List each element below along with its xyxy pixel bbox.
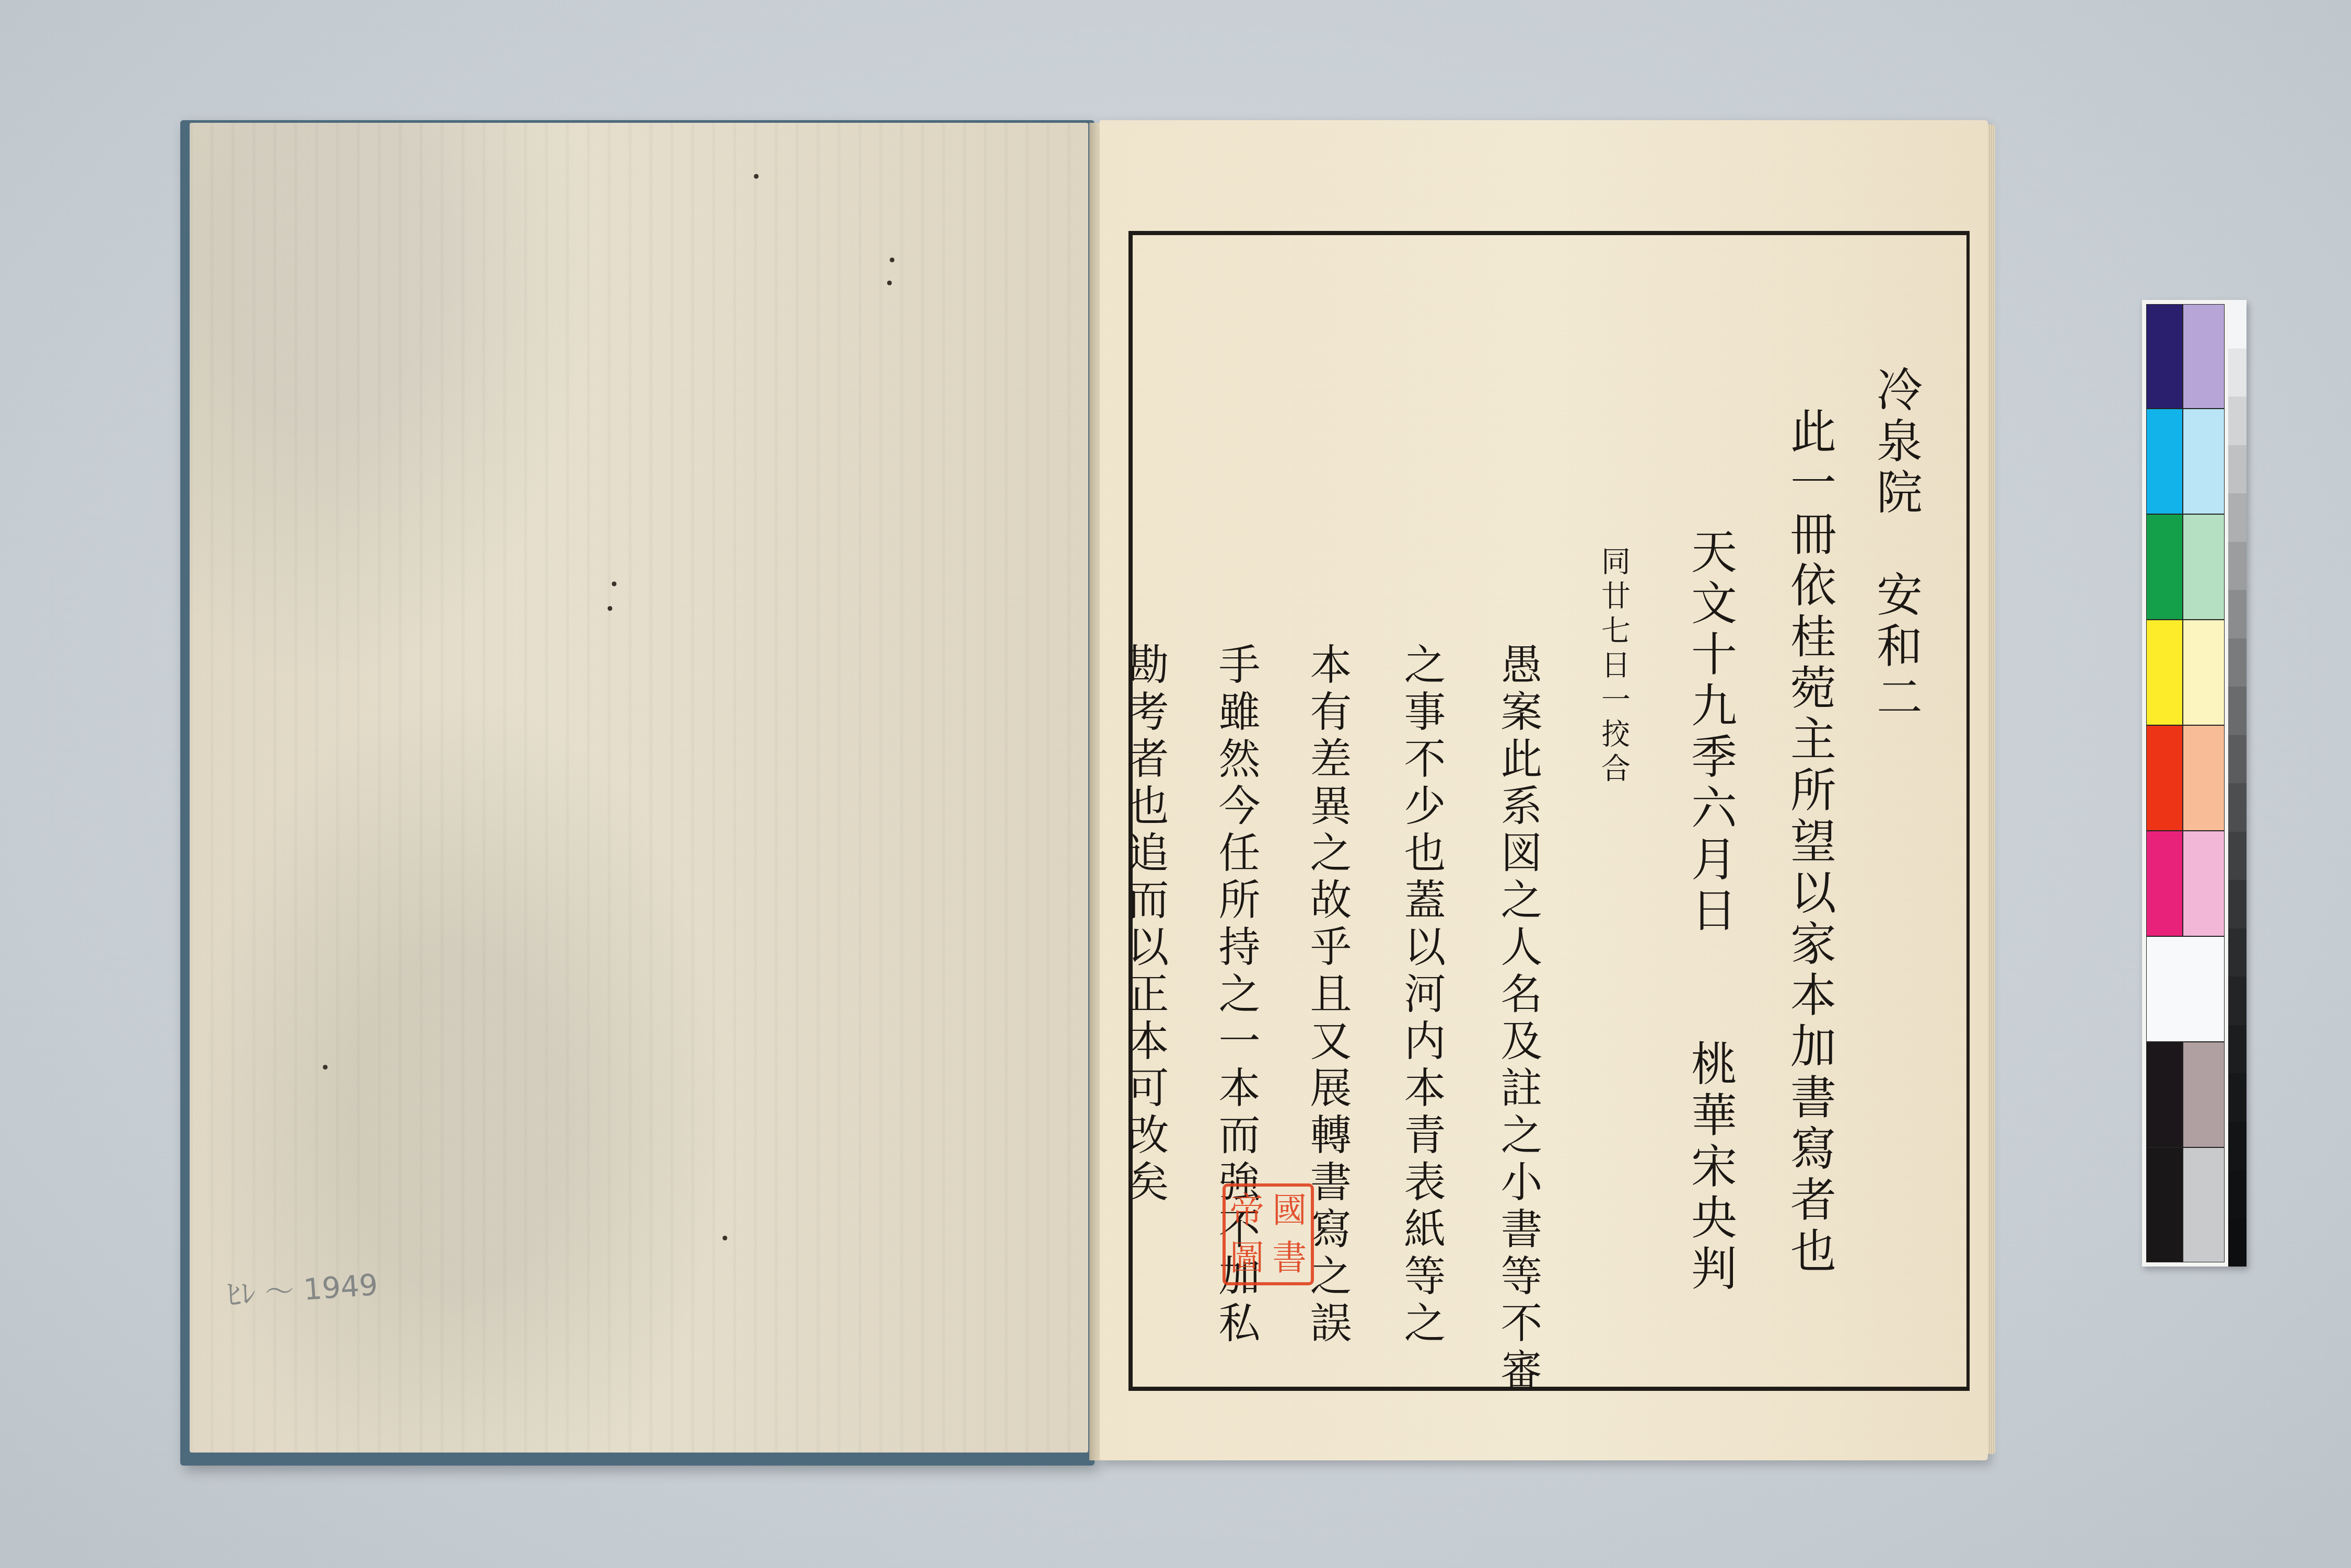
- gray-step: [2228, 1073, 2247, 1122]
- paper-texture: [190, 123, 1088, 1453]
- wormhole-mark: [323, 1065, 328, 1070]
- gray-step: [2228, 735, 2247, 784]
- gray-step: [2228, 590, 2247, 638]
- date-signature-column: 天文十九季六月日 桃華宋央判: [1687, 528, 1733, 1296]
- gray-step: [2228, 1218, 2247, 1267]
- color-patch: [2183, 514, 2225, 620]
- color-patch: [2183, 1147, 2225, 1262]
- color-patch: [2183, 620, 2225, 725]
- color-patch: [2146, 725, 2183, 831]
- book-gutter: [1089, 123, 1100, 1460]
- color-patch: [2146, 1042, 2183, 1147]
- gray-step: [2228, 638, 2247, 687]
- color-patch: [2146, 514, 2183, 620]
- white-patch: [2146, 936, 2225, 1042]
- gray-step: [2228, 977, 2247, 1025]
- color-patch: [2146, 831, 2183, 936]
- wormhole-mark: [754, 174, 759, 179]
- text-column: 勘考者也追而以正本可改矣: [1123, 643, 1165, 1207]
- gray-step: [2228, 300, 2247, 349]
- gray-step: [2228, 445, 2247, 494]
- text-column: 愚案此系図之人名及註之小書等不審: [1497, 643, 1539, 1395]
- gray-step: [2228, 1170, 2247, 1218]
- gray-step: [2228, 1025, 2247, 1074]
- color-patch: [2146, 304, 2183, 409]
- gray-step: [2228, 880, 2247, 928]
- gray-step: [2228, 687, 2247, 735]
- wormhole-mark: [723, 1236, 727, 1240]
- wormhole-mark: [608, 606, 612, 611]
- page-edges: [1988, 124, 1995, 1454]
- color-patch: [2183, 409, 2225, 514]
- wormhole-mark: [612, 582, 616, 586]
- gray-step: [2228, 928, 2247, 977]
- color-patch: [2183, 1042, 2225, 1147]
- text-column: 之事不少也蓋以河内本青表紙等之: [1400, 643, 1442, 1348]
- seal-char: 帝: [1226, 1187, 1268, 1235]
- seal-char: 圖: [1226, 1235, 1268, 1283]
- gray-step: [2228, 1122, 2247, 1170]
- collation-note-column: 同廿七日一挍合: [1599, 546, 1628, 787]
- seal-char: 書: [1268, 1235, 1311, 1283]
- text-column: 此一冊依桂菀主所望以家本加書寫者也: [1787, 408, 1833, 1278]
- grayscale-step-wedge: [2228, 300, 2247, 1267]
- color-patch: [2183, 725, 2225, 831]
- gray-step: [2228, 542, 2247, 590]
- wormhole-mark: [890, 258, 894, 262]
- left-page: ﾋﾚ 〜 1949: [190, 123, 1088, 1453]
- color-calibration-target: [2142, 300, 2247, 1267]
- color-patch: [2183, 831, 2225, 936]
- color-patch: [2183, 304, 2225, 409]
- seal-char: 國: [1268, 1187, 1311, 1235]
- color-patch: [2146, 1147, 2183, 1262]
- gray-step: [2228, 349, 2247, 397]
- red-library-seal: 帝 國 圖 書: [1223, 1183, 1314, 1285]
- color-patch: [2146, 409, 2183, 514]
- gray-step: [2228, 783, 2247, 832]
- gray-step: [2228, 493, 2247, 542]
- wormhole-mark: [887, 281, 892, 285]
- gray-step: [2228, 397, 2247, 445]
- color-patch: [2146, 620, 2183, 725]
- title-column: 冷泉院 安和二: [1873, 366, 1919, 724]
- gray-step: [2228, 832, 2247, 880]
